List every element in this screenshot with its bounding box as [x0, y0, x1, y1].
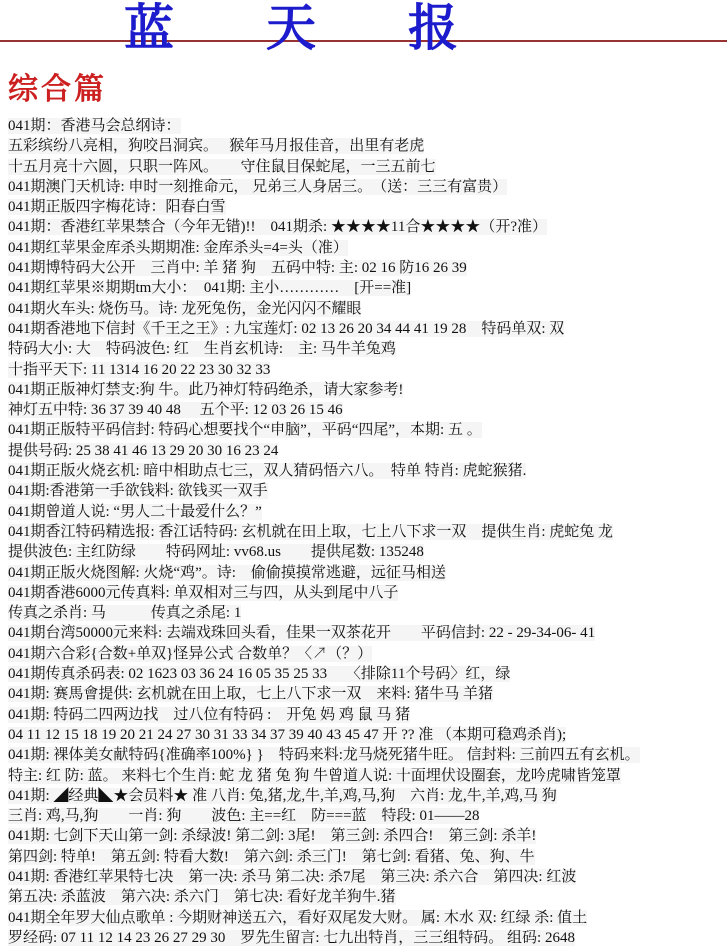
report-line: 041期: 赛馬會提供: 玄机就在田上取，七上八下求一双 来料: 猪牛马 羊猪 — [8, 684, 725, 704]
report-line: 04 11 12 15 18 19 20 21 24 27 30 31 33 3… — [8, 725, 725, 745]
report-line: 041期正版火烧玄机: 暗中相助点七三，双人猜码悟六八。 特单 特肖: 虎蛇猴猪… — [8, 461, 725, 481]
report-line: 041期: 特码二四两边找 过八位有特码 : 开兔 妈 鸡 鼠 马 猪 — [8, 705, 725, 725]
line-text: 041期：香港马会总纲诗： — [8, 118, 181, 134]
line-text: 041期曾道人说: “男人二十最爱什么？” — [8, 504, 262, 520]
line-text: 041期博特码大公开 三肖中: 羊 猪 狗 五码中特: 主: 02 16 防16… — [8, 260, 467, 276]
line-text: 041期红苹果金库杀头期期准: 金库杀头=4=头（准） — [8, 240, 348, 256]
line-text: 041期：香港红苹果禁合（今年无错)!! 041期杀: ★★★★11合★★★★（… — [8, 219, 547, 235]
report-line: 041期: 香港红苹果特七决 第一决: 杀马 第二决: 杀7尾 第三决: 杀六合… — [8, 867, 725, 887]
line-text: 041期: 特码二四两边找 过八位有特码 : 开兔 妈 鸡 鼠 马 猪 — [8, 707, 410, 723]
section-title: 综合篇 — [0, 70, 727, 108]
line-text: 041期香港6000元传真料: 单双相对三与四，从头到尾中八子 — [8, 585, 398, 601]
line-text: 十指平天下: 11 1314 16 20 22 23 30 32 33 — [8, 362, 270, 378]
report-line: 041期红苹果※期期tm大小： 041期: 主小………… [开==准] — [8, 278, 725, 298]
report-line: 十指平天下: 11 1314 16 20 22 23 30 32 33 — [8, 360, 725, 380]
line-text: 五彩缤纷八亮相，狗咬吕洞宾。 猴年马月报佳音，出里有老虎 — [8, 138, 424, 154]
report-line: 041期：香港马会总纲诗： — [8, 116, 725, 136]
line-text: 041期:香港第一手欲钱料: 欲钱买一双手 — [8, 483, 268, 499]
report-line: 041期:香港第一手欲钱料: 欲钱买一双手 — [8, 481, 725, 501]
report-line: 提供波色: 主红防绿 特码网址: vv68.us 提供尾数: 135248 — [8, 542, 725, 562]
report-line: 041期曾道人说: “男人二十最爱什么？” — [8, 502, 725, 522]
report-line: 十五月亮十六圆，只职一阵风。 守住鼠目保蛇尾，一三五前七 — [8, 157, 725, 177]
line-text: 第四剑: 特单! 第五剑: 特看大数! 第六剑: 杀三门! 第七剑: 看猪、兔、… — [8, 849, 535, 865]
line-text: 041期香港地下信封《千王之王》: 九宝莲灯: 02 13 26 20 34 4… — [8, 321, 564, 337]
line-text: 041期传真杀码表: 02 1623 03 36 24 16 05 35 25 … — [8, 666, 510, 682]
report-line: 041期全年罗大仙点歌单 : 今期财神送五六，看好双尾发大财。 属: 木水 双:… — [8, 908, 725, 928]
report-line: 041期正版四字梅花诗：阳春白雪 — [8, 197, 725, 217]
report-line: 041期: 裸体美女献特码{准确率100%} } 特码来料:龙马烧死猪牛旺。 信… — [8, 745, 725, 765]
line-text: 041期红苹果※期期tm大小： 041期: 主小………… [开==准] — [8, 280, 411, 296]
line-text: 041期: 裸体美女献特码{准确率100%} } 特码来料:龙马烧死猪牛旺。 信… — [8, 747, 640, 763]
line-text: 041期正版神灯禁支:狗 牛。此乃神灯特码绝杀，请大家参考! — [8, 382, 403, 398]
line-text: 041期正版火烧玄机: 暗中相助点七三，双人猜码悟六八。 特单 特肖: 虎蛇猴猪… — [8, 463, 526, 479]
line-text: 罗经码: 07 11 12 14 23 26 27 29 30 罗先生留言: 七… — [8, 930, 575, 946]
line-text: 特主: 红 防: 蓝。 来料七个生肖: 蛇 龙 猪 兔 狗 牛曾道人说: 十面埋… — [8, 768, 621, 784]
masthead: 蓝天报 — [0, 0, 727, 70]
report-line: 041期: 七剑下天山第一剑: 杀绿波! 第二剑: 3尾! 第三剑: 杀四合! … — [8, 826, 725, 846]
report-line: 041期香港地下信封《千王之王》: 九宝莲灯: 02 13 26 20 34 4… — [8, 319, 725, 339]
report-line: 041期六合彩{合数+单双}怪异公式 合数单？〈↗（？） — [8, 644, 725, 664]
line-text: 041期正版四字梅花诗：阳春白雪 — [8, 199, 226, 215]
line-text: 十五月亮十六圆，只职一阵风。 守住鼠目保蛇尾，一三五前七 — [8, 159, 436, 175]
report-line: 神灯五中特: 36 37 39 40 48 五个平: 12 03 26 15 4… — [8, 400, 725, 420]
line-text: 特码大小: 大 特码波色: 红 生肖玄机诗: 主: 马牛羊兔鸡 — [8, 341, 396, 357]
report-line: 041期正版火烧图解: 火烧“鸡”。诗: 偷偷摸摸常逃避，远征马相送 — [8, 563, 725, 583]
line-text: 041期: 赛馬會提供: 玄机就在田上取，七上八下求一双 来料: 猪牛马 羊猪 — [8, 686, 493, 702]
report-line: 041期博特码大公开 三肖中: 羊 猪 狗 五码中特: 主: 02 16 防16… — [8, 258, 725, 278]
report-line: 041期：香港红苹果禁合（今年无错)!! 041期杀: ★★★★11合★★★★（… — [8, 217, 725, 237]
line-text: 041期全年罗大仙点歌单 : 今期财神送五六，看好双尾发大财。 属: 木水 双:… — [8, 910, 587, 926]
report-line: 提供号码: 25 38 41 46 13 29 20 30 16 23 24 — [8, 441, 725, 461]
page-title: 蓝天报 — [124, 0, 550, 56]
line-text: 提供号码: 25 38 41 46 13 29 20 30 16 23 24 — [8, 443, 278, 459]
report-line: 041期香江特码精选报: 香江话特码: 玄机就在田上取，七上八下求一双 提供生肖… — [8, 522, 725, 542]
line-text: 041期正版火烧图解: 火烧“鸡”。诗: 偷偷摸摸常逃避，远征马相送 — [8, 565, 446, 581]
line-text: 神灯五中特: 36 37 39 40 48 五个平: 12 03 26 15 4… — [8, 402, 343, 418]
report-line: 第五决: 杀蓝波 第六决: 杀六门 第七决: 看好龙羊狗牛.猪 — [8, 887, 725, 907]
report-body: 041期：香港马会总纲诗： 五彩缤纷八亮相，狗咬吕洞宾。 猴年马月报佳音，出里有… — [0, 108, 727, 948]
blue-sky-report-page: 蓝天报 综合篇 041期：香港马会总纲诗： 五彩缤纷八亮相，狗咬吕洞宾。 猴年马… — [0, 0, 727, 951]
report-line: 041期正版特平码信封: 特码心想要找个“申脑”，平码“四尾”，本期: 五 。 — [8, 420, 725, 440]
report-line: 五彩缤纷八亮相，狗咬吕洞宾。 猴年马月报佳音，出里有老虎 — [8, 136, 725, 156]
report-line: 第四剑: 特单! 第五剑: 特看大数! 第六剑: 杀三门! 第七剑: 看猪、兔、… — [8, 847, 725, 867]
report-line: 041期香港6000元传真料: 单双相对三与四，从头到尾中八子 — [8, 583, 725, 603]
line-text: 041期正版特平码信封: 特码心想要找个“申脑”，平码“四尾”，本期: 五 。 — [8, 422, 482, 438]
line-text: 041期台湾50000元来料: 去端戏珠回头看，佳果一双茶花开 平码信封: 22… — [8, 625, 595, 641]
line-text: 041期香江特码精选报: 香江话特码: 玄机就在田上取，七上八下求一双 提供生肖… — [8, 524, 613, 540]
line-text: 提供波色: 主红防绿 特码网址: vv68.us 提供尾数: 135248 — [8, 544, 424, 560]
line-text: 041期: ◢经典◣★会员料★ 准 八肖: 兔,猪,龙,牛,羊,鸡,马,狗 六肖… — [8, 788, 557, 804]
line-text: 三肖: 鸡,马,狗 一肖: 狗 波色: 主==红 防===蓝 特段: 01——2… — [8, 808, 479, 824]
line-text: 041期六合彩{合数+单双}怪异公式 合数单？〈↗（？） — [8, 646, 372, 662]
report-line: 041期正版神灯禁支:狗 牛。此乃神灯特码绝杀，请大家参考! — [8, 380, 725, 400]
report-line: 特码大小: 大 特码波色: 红 生肖玄机诗: 主: 马牛羊兔鸡 — [8, 339, 725, 359]
line-text: 041期火车头: 烧伤马。诗: 龙死兔伤，金光闪闪不耀眼 — [8, 301, 361, 317]
report-line: 三肖: 鸡,马,狗 一肖: 狗 波色: 主==红 防===蓝 特段: 01——2… — [8, 806, 725, 826]
report-line: 特主: 红 防: 蓝。 来料七个生肖: 蛇 龙 猪 兔 狗 牛曾道人说: 十面埋… — [8, 766, 725, 786]
report-line: 041期火车头: 烧伤马。诗: 龙死兔伤，金光闪闪不耀眼 — [8, 299, 725, 319]
line-text: 041期澳门天机诗: 申时一刻推命元， 兄弟三人身居三。 （送：三三有富贵） — [8, 179, 507, 195]
report-line: 041期: ◢经典◣★会员料★ 准 八肖: 兔,猪,龙,牛,羊,鸡,马,狗 六肖… — [8, 786, 725, 806]
line-text: 041期: 七剑下天山第一剑: 杀绿波! 第二剑: 3尾! 第三剑: 杀四合! … — [8, 828, 536, 844]
report-line: 041期红苹果金库杀头期期准: 金库杀头=4=头（准） — [8, 238, 725, 258]
report-line: 041期澳门天机诗: 申时一刻推命元， 兄弟三人身居三。 （送：三三有富贵） — [8, 177, 725, 197]
report-line: 传真之杀肖: 马 传真之杀尾: 1 — [8, 603, 725, 623]
line-text: 041期: 香港红苹果特七决 第一决: 杀马 第二决: 杀7尾 第三决: 杀六合… — [8, 869, 576, 885]
report-line: 041期台湾50000元来料: 去端戏珠回头看，佳果一双茶花开 平码信封: 22… — [8, 623, 725, 643]
report-line: 041期传真杀码表: 02 1623 03 36 24 16 05 35 25 … — [8, 664, 725, 684]
line-text: 第五决: 杀蓝波 第六决: 杀六门 第七决: 看好龙羊狗牛.猪 — [8, 889, 396, 905]
line-text: 04 11 12 15 18 19 20 21 24 27 30 31 33 3… — [8, 727, 566, 743]
report-line: 罗经码: 07 11 12 14 23 26 27 29 30 罗先生留言: 七… — [8, 928, 725, 948]
line-text: 传真之杀肖: 马 传真之杀尾: 1 — [8, 605, 241, 621]
